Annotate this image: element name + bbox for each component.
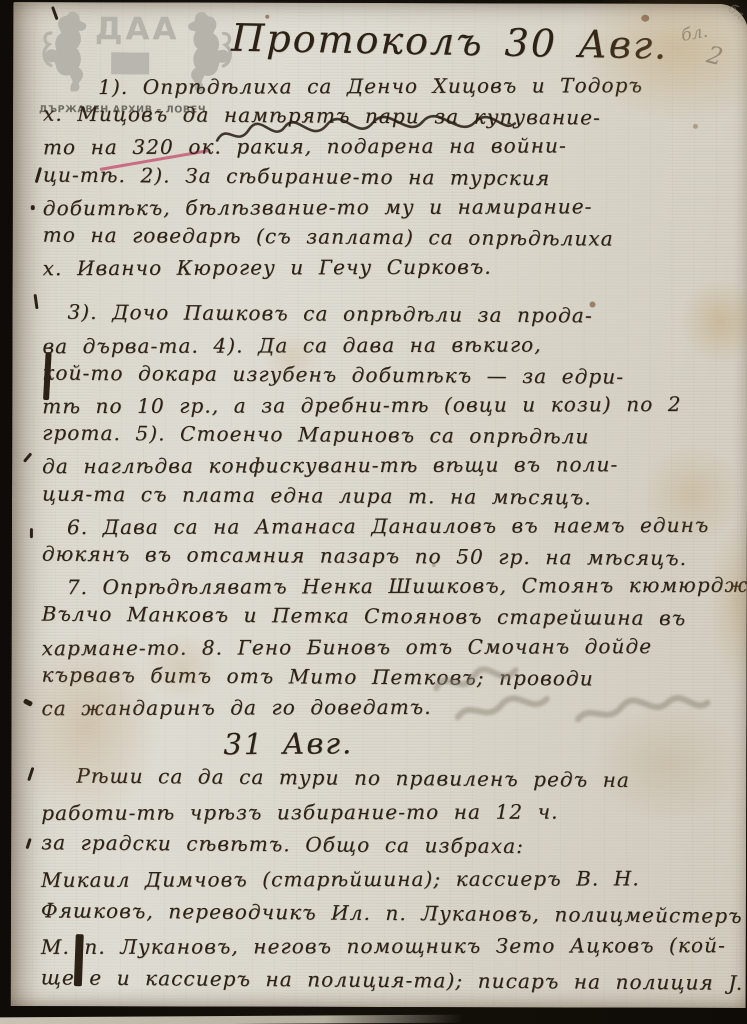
margin-ink-mark [34, 294, 39, 309]
manuscript-line: х. Иванчо Кюрогеу и Гечу Сирковъ. [43, 251, 736, 284]
manuscript-line: да наглѣдва конфискувани-тѣ вѣщи въ поли… [42, 449, 735, 482]
scanned-document: { "colors": { "paper": "#d9d5ca", "ink":… [0, 0, 747, 1024]
protocol-section-aug31: Рѣши са да са тури по правиленъ редъ на … [41, 761, 735, 998]
manuscript-line: 1). Опрѣдѣлиха са Денчо Хицовъ и Тодоръ [43, 70, 736, 103]
manuscript-line: работи-тѣ чрѣзъ избирание-то на 12 ч. [41, 795, 734, 830]
manuscript-line: кървавъ битъ отъ Мито Петковъ; проводи [41, 659, 734, 694]
margin-ink-mark [30, 528, 33, 538]
manuscript-line: Фяшковъ, переводчикъ Ил. п. Лукановъ, по… [41, 894, 734, 933]
margin-ink-mark [25, 838, 31, 849]
manuscript-line: ция-та съ плата една лира т. на мѣсяцъ. [42, 478, 735, 513]
manuscript-line: 7. Опрѣдѣляватъ Ненка Шишковъ, Стоянъ кю… [42, 570, 735, 603]
margin-ink-mark [23, 698, 33, 707]
manuscript-line: ва дърва-та. 4). Да са дава на вѣкиго, [42, 328, 735, 361]
margin-ink-mark [31, 205, 35, 210]
manuscript-line: то на говедарѣ (съ заплата) са опрѣдѣлих… [43, 220, 736, 255]
manuscript-line: то на 320 ок. ракия, подарена на войни- [43, 130, 736, 163]
margin-ink-mark [23, 452, 32, 462]
manuscript-line: добитѣкъ, бѣлѣзвание-то му и намирание- [43, 191, 736, 224]
manuscript-line: х. Мицовъ да намѣрятъ пари за купувание- [43, 99, 736, 134]
protocol-section-aug30: 1). Опрѣдѣлиха са Денчо Хицовъ и Тодоръ … [41, 70, 736, 723]
margin-ink-mark [35, 167, 42, 183]
manuscript-line: ци-тѣ. 2). За сѣбирание-то на турския [43, 159, 736, 194]
protocol-heading-aug31: 31 Авг. [223, 721, 734, 765]
manuscript-line: 6. Дава са на Атанаса Данаиловъ въ наемъ… [42, 510, 735, 543]
manuscript-page: ДАА ДЪРЖАВЕН АРХИВ – ЛОВЕЧ бл. 2 бл. Про… [11, 2, 747, 1008]
protocol-heading-aug30: Протоколъ 30 Авг. [231, 9, 737, 76]
manuscript-line: хармане-то. 8. Гено Биновъ отъ Смочанъ д… [42, 630, 735, 663]
manuscript-line: Рѣши са да са тури по правиленъ редъ на [41, 760, 734, 799]
manuscript-line: Микаил Димчовъ (старѣйшина); кассиеръ В.… [41, 862, 734, 897]
manuscript-line: за градски сѣвѣтъ. Общо са избраха: [41, 827, 734, 866]
manuscript-line: 3). Дочо Пашковъ са опрѣдѣли за прода- [42, 297, 735, 332]
manuscript-text: Протоколъ 30 Авг. 1). Опрѣдѣлиха са Денч… [41, 12, 737, 998]
manuscript-line: са жандаринъ да го доведатъ. [41, 691, 734, 724]
margin-ink-mark [27, 767, 34, 781]
manuscript-line: ще е и кассиеръ на полиция-та); писаръ н… [41, 961, 734, 1000]
manuscript-line: М. п. Лукановъ, неговъ помощникъ Зето Ац… [41, 929, 734, 964]
next-page-edge [0, 1015, 463, 1024]
manuscript-line: Вълчо Манковъ и Петка Стояновъ старейшин… [42, 599, 735, 634]
manuscript-line: кой-то докара изгубенъ добитѣкъ — за едр… [42, 357, 735, 392]
manuscript-line: тѣ по 10 гр., а за дребни-тѣ (овци и коз… [42, 389, 735, 422]
manuscript-line: грота. 5). Стоенчо Мариновъ са опрѣдѣли [42, 418, 735, 453]
manuscript-line: дюкянъ въ отсамния пазаръ по 50 гр. на м… [42, 539, 735, 574]
